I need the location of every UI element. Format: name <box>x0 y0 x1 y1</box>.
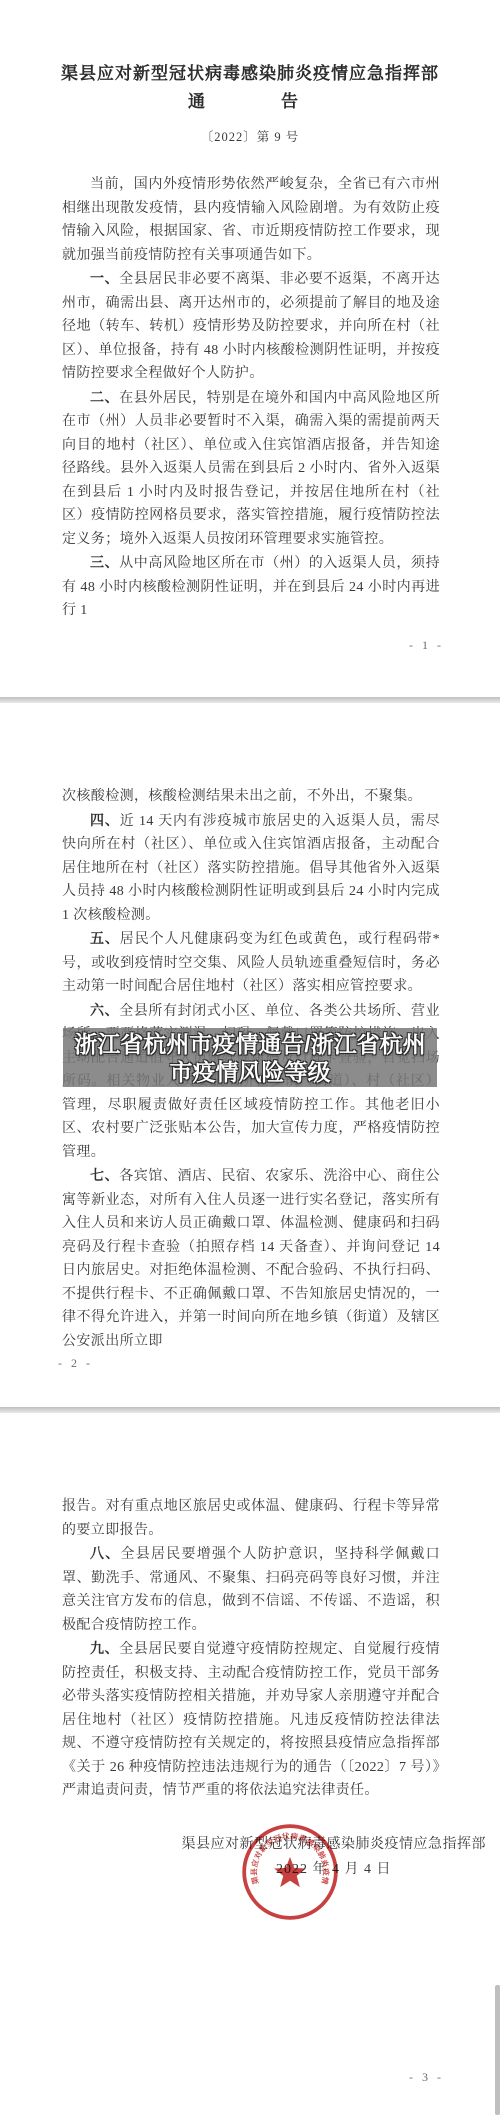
paragraph-text: 全县居民非必要不离渠、非必要不返渠，不离开达州市，确需出县、离开达州市的，必须提… <box>62 272 440 381</box>
caption-banner: 浙江省杭州市疫情通告/浙江省杭州市疫情风险等级 <box>63 1028 437 1087</box>
item-number: 七、 <box>90 1167 119 1183</box>
paragraph: 四、近 14 天内有涉疫城市旅居史的入返渠人员，需尽快向所在村（社区）、单位或入… <box>62 809 440 928</box>
page-body: 报告。对有重点地区旅居史或体温、健康码、行程卡等异常的要立即报告。 八、全县居民… <box>0 1413 500 1803</box>
paragraph-text: 在县外居民，特别是在境外和国内中高风险地区所在市（州）人员非必要暂时不入渠，确需… <box>62 391 440 547</box>
paragraph: 三、从中高风险地区所在市（州）的入返渠人员，须持有 48 小时内核酸检测阴性证明… <box>62 551 440 623</box>
page-number: - 3 - <box>409 2070 444 2085</box>
item-number: 九、 <box>90 1640 119 1656</box>
item-number: 三、 <box>90 554 119 570</box>
paragraph: 报告。对有重点地区旅居史或体温、健康码、行程卡等异常的要立即报告。 <box>62 1495 440 1542</box>
paragraph-text: 各宾馆、酒店、民宿、农家乐、洗浴中心、商住公寓等新业态，对所有入住人员逐一进行实… <box>62 1169 440 1349</box>
document-screenshot: 渠县应对新型冠状病毒感染肺炎疫情应急指挥部 通 告 〔2022〕第 9 号 当前… <box>0 0 500 2115</box>
item-number: 四、 <box>90 812 120 828</box>
paragraph-text: 报告。对有重点地区旅居史或体温、健康码、行程卡等异常的要立即报告。 <box>62 1499 440 1538</box>
paragraph: 七、各宾馆、酒店、民宿、农家乐、洗浴中心、商住公寓等新业态，对所有入住人员逐一进… <box>62 1164 440 1353</box>
page-body: 当前，国内外疫情形势依然严峻复杂，全省已有六市州相继出现散发疫情，县内疫情输入风… <box>0 173 500 623</box>
paragraph-text: 次核酸检测，核酸检测结果未出之前，不外出，不聚集。 <box>62 789 422 804</box>
paragraph-text: 全县居民要自觉遵守疫情防控规定、自觉履行疫情防控责任，积极支持、主动配合疫情防控… <box>62 1642 440 1798</box>
official-seal: 渠县应对新型冠状病毒感染肺炎疫情应急指挥部 <box>240 1822 340 1922</box>
page-number: - 1 - <box>409 638 444 653</box>
notice-title-second-line: 通 告 <box>0 87 500 117</box>
item-number: 一、 <box>90 270 119 286</box>
seal-star-icon <box>274 1857 306 1887</box>
scrollbar-thumb[interactable] <box>495 1985 500 2115</box>
caption-banner-text: 浙江省杭州市疫情通告/浙江省杭州市疫情风险等级 <box>63 1030 437 1086</box>
paragraph-text: 从中高风险地区所在市（州）的入返渠人员，须持有 48 小时内核酸检测阴性证明，并… <box>62 556 440 618</box>
paragraph: 五、居民个人凡健康码变为红色或黄色，或行程码带*号，或收到疫情时空交集、风险人员… <box>62 927 440 999</box>
item-number: 六、 <box>90 1002 119 1018</box>
paragraph: 当前，国内外疫情形势依然严峻复杂，全省已有六市州相继出现散发疫情，县内疫情输入风… <box>62 173 440 267</box>
paragraph: 九、全县居民要自觉遵守疫情防控规定、自觉履行疫情防控责任，积极支持、主动配合疫情… <box>62 1637 440 1803</box>
item-number: 二、 <box>90 389 119 405</box>
paragraph: 一、全县居民非必要不离渠、非必要不返渠，不离开达州市，确需出县、离开达州市的，必… <box>62 267 440 386</box>
notice-page-1: 渠县应对新型冠状病毒感染肺炎疫情应急指挥部 通 告 〔2022〕第 9 号 当前… <box>0 0 500 697</box>
page-number: - 2 - <box>58 1356 93 1371</box>
paragraph: 次核酸检测，核酸检测结果未出之前，不外出，不聚集。 <box>62 785 440 809</box>
notice-title: 渠县应对新型冠状病毒感染肺炎疫情应急指挥部 <box>0 0 500 87</box>
paragraph-text: 近 14 天内有涉疫城市旅居史的入返渠人员，需尽快向所在村（社区）、单位或入住宾… <box>62 814 440 923</box>
item-number: 八、 <box>90 1545 121 1561</box>
paragraph: 八、全县居民要增强个人防护意识，坚持科学佩戴口罩、勤洗手、常通风、不聚集、扫码亮… <box>62 1542 440 1637</box>
paragraph-text: 当前，国内外疫情形势依然严峻复杂，全省已有六市州相继出现散发疫情，县内疫情输入风… <box>62 177 440 263</box>
item-number: 五、 <box>90 930 120 946</box>
paragraph: 二、在县外居民，特别是在境外和国内中高风险地区所在市（州）人员非必要暂时不入渠，… <box>62 386 440 552</box>
document-number: 〔2022〕第 9 号 <box>0 127 500 145</box>
notice-page-3: 报告。对有重点地区旅居史或体温、健康码、行程卡等异常的要立即报告。 八、全县居民… <box>0 1413 500 2115</box>
